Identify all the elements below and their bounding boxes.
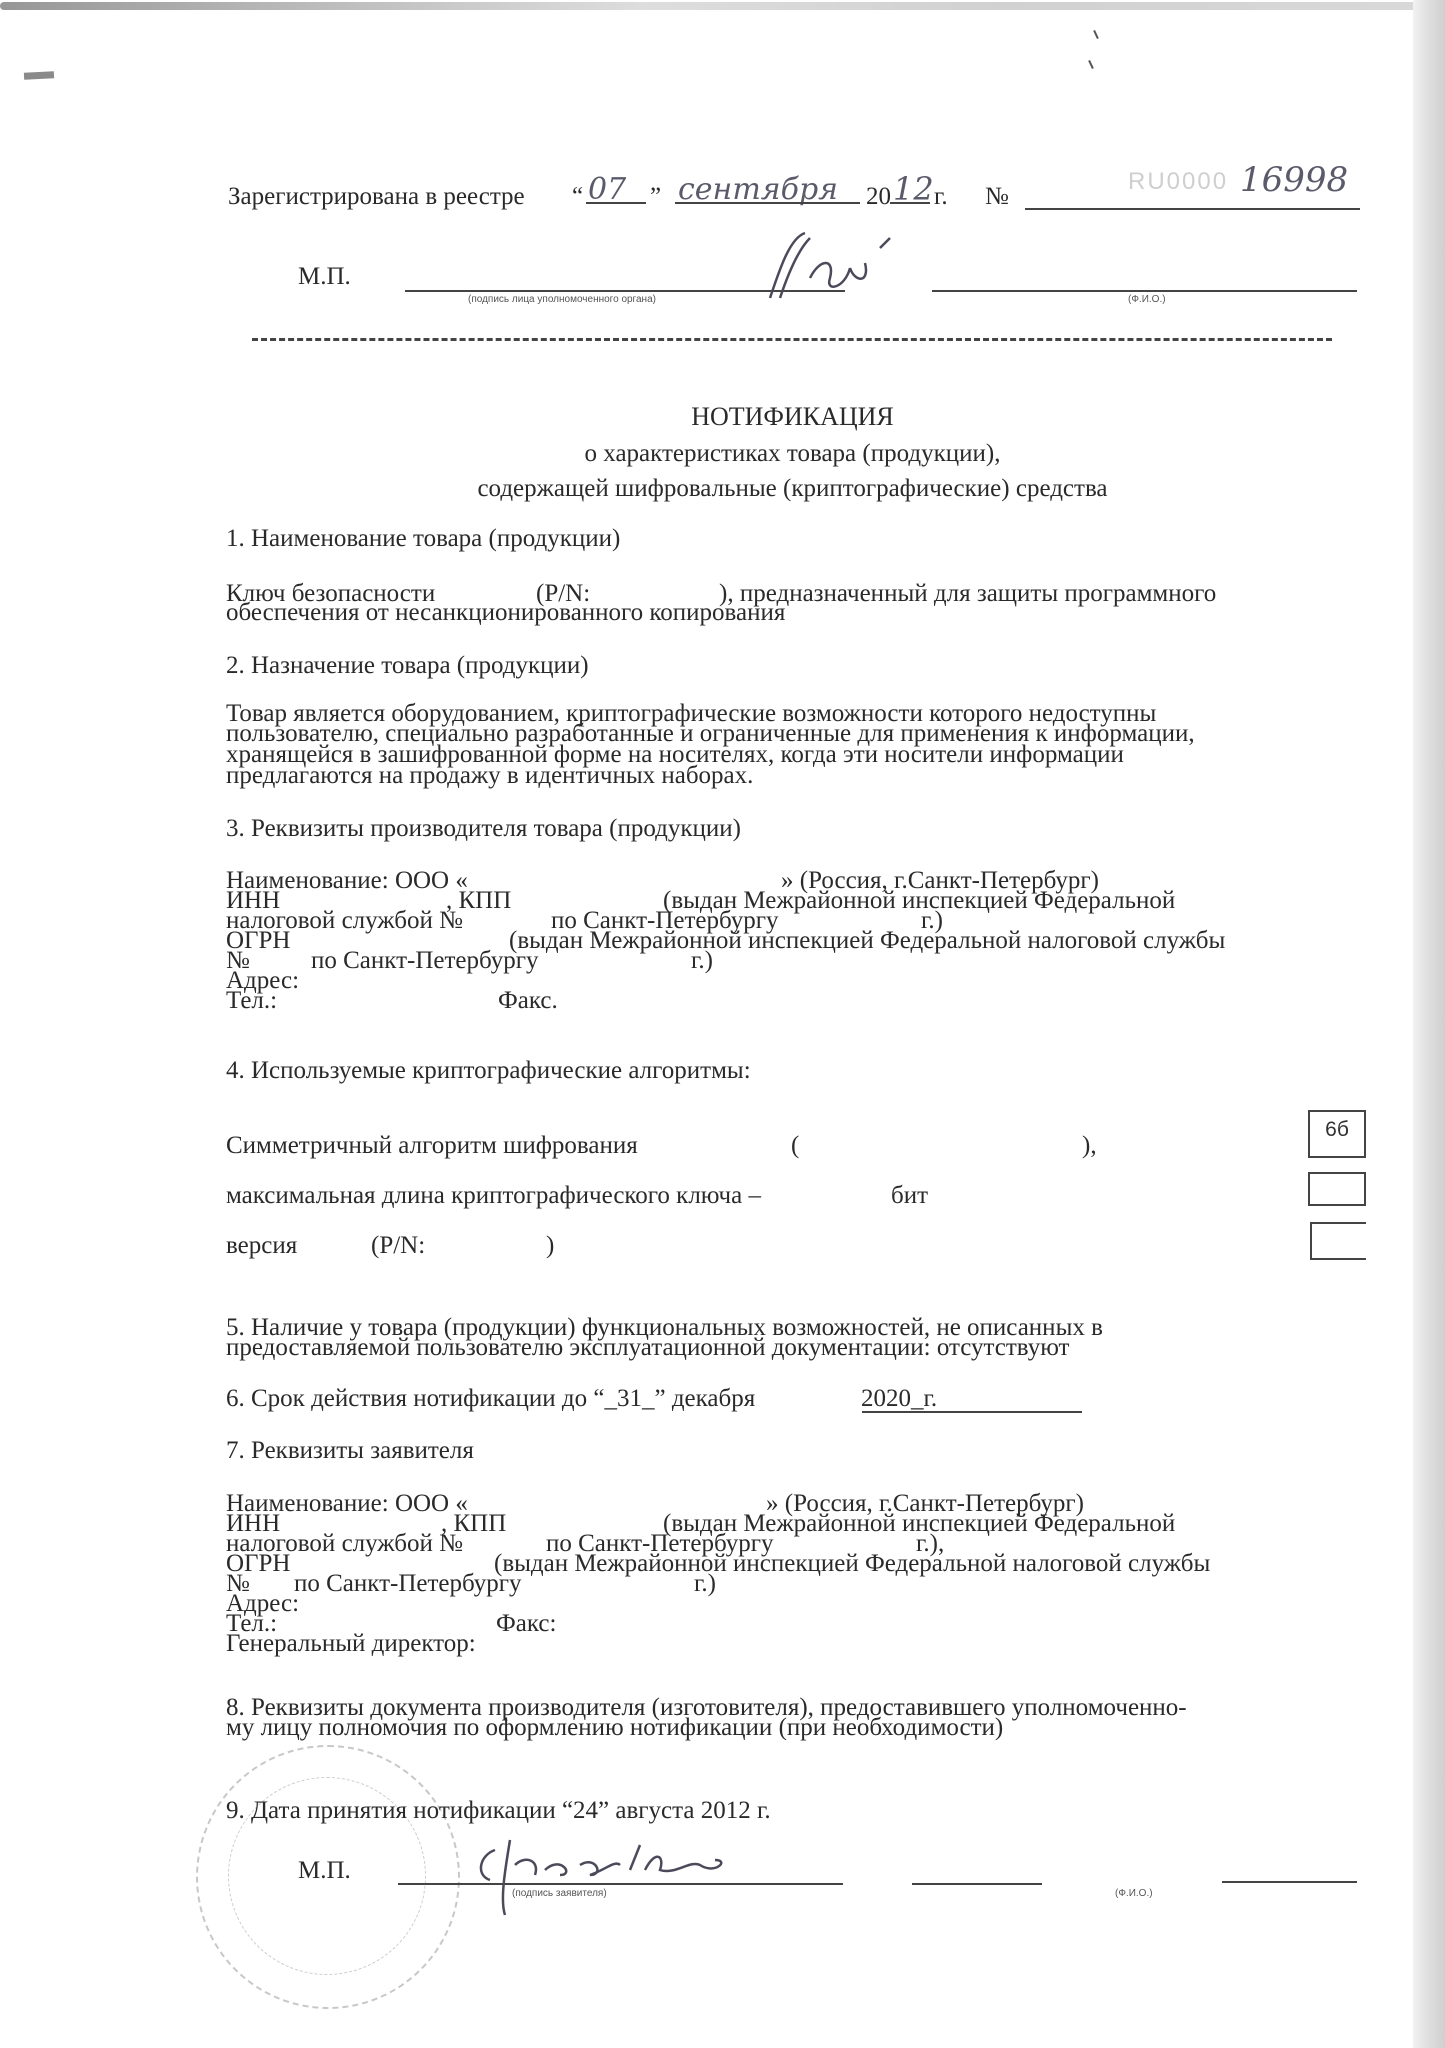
applicant-fio-line-1 (912, 1883, 1042, 1885)
manufacturer-tel: Тел.: (226, 987, 277, 1014)
classification-box (1308, 1172, 1366, 1206)
authority-fio-caption: (Ф.И.О.) (1128, 294, 1166, 305)
section-7-heading: 7. Реквизиты заявителя (226, 1440, 1376, 1462)
applicant-signature-caption: (подпись заявителя) (512, 1888, 607, 1899)
manufacturer-ogrn-issued: (выдан Межрайонной инспекцией Федерально… (509, 930, 1225, 952)
scan-tick-artifact (1088, 60, 1094, 69)
section-2-line: предлагаются на продажу в идентичных наб… (226, 765, 1376, 787)
applicant-fio-line-2 (1222, 1881, 1357, 1883)
scan-mark-artifact (24, 71, 54, 80)
section-1-heading: 1. Наименование товара (продукции) (226, 528, 1376, 550)
validity-underline (862, 1411, 1082, 1413)
applicant-address: Адрес: (226, 1593, 1376, 1615)
year-prefix: 20 (866, 183, 891, 211)
document-subtitle-line2: содержащей шифровальные (криптографическ… (200, 475, 1385, 503)
applicant-year-2: г.) (694, 1573, 716, 1595)
applicant-director: Генеральный директор: (226, 1633, 1376, 1655)
scan-edge-artifact (0, 2, 1430, 10)
applicant-signature (465, 1830, 825, 1920)
registry-number-handwritten: 16998 (1240, 160, 1348, 200)
symmetric-algorithm-close: ), (1082, 1135, 1097, 1157)
cut-line-divider (252, 338, 1332, 341)
classification-box (1310, 1222, 1366, 1260)
version-pn-label: (P/N: (371, 1235, 425, 1257)
section-5-line: предоставляемой пользователю эксплуатаци… (226, 1337, 1376, 1359)
registry-number-stamp: RU0000 (1128, 168, 1228, 196)
applicant-fio-caption: (Ф.И.О.) (1115, 1888, 1153, 1899)
authority-fio-line (932, 290, 1357, 292)
document-title: НОТИФИКАЦИЯ (200, 403, 1385, 431)
applicant-fax: Факс: (496, 1613, 556, 1635)
month-underline (675, 202, 860, 204)
section-4-heading: 4. Используемые криптографические алгори… (226, 1060, 1376, 1082)
number-label: № (985, 183, 1009, 211)
day-underline (586, 202, 646, 204)
section-6: 6. Срок действия нотификации до “_31_” д… (226, 1388, 1376, 1410)
quote-close: ” (650, 183, 661, 211)
key-length-label: максимальная длина криптографического кл… (226, 1182, 761, 1209)
year-unit: г. (934, 183, 948, 211)
symmetric-algorithm-open: ( (791, 1135, 799, 1157)
section-1-text-line2: обеспечения от несанкционированного копи… (226, 602, 1376, 624)
symmetric-algorithm-label: Симметричный алгоритм шифрования (226, 1132, 638, 1159)
section-9-date: 9. Дата принятия нотификации “24” август… (226, 1800, 1376, 1822)
year-underline (890, 202, 930, 204)
registration-label: Зарегистрирована в реестре (228, 183, 525, 211)
mp-label-bottom: М.П. (298, 1857, 351, 1885)
manufacturer-address: Адрес: (226, 970, 1376, 992)
key-length-unit: бит (891, 1185, 928, 1207)
quote-open: “ (572, 183, 583, 211)
manufacturer-year-2: г.) (691, 950, 713, 972)
version-label: версия (226, 1232, 297, 1259)
number-underline (1025, 208, 1360, 210)
section-2-heading: 2. Назначение товара (продукции) (226, 655, 1376, 677)
validity-year: 2020_г. (861, 1388, 937, 1410)
section-3-heading: 3. Реквизиты производителя товара (проду… (226, 818, 1376, 840)
authority-signature-caption: (подпись лица уполномоченного органа) (468, 294, 656, 305)
mp-label-top: М.П. (298, 263, 351, 291)
section-8-line: му лицу полномочия по оформлению нотифик… (226, 1717, 1376, 1739)
manufacturer-fax: Факс. (498, 990, 558, 1012)
authority-signature (750, 228, 910, 308)
scan-right-edge (1413, 0, 1445, 2048)
applicant-ogrn-issued: (выдан Межрайонной инспекцией Федерально… (494, 1553, 1210, 1575)
document-subtitle-line1: о характеристиках товара (продукции), (200, 440, 1385, 468)
version-close: ) (546, 1235, 554, 1257)
classification-box: 6б (1308, 1110, 1366, 1158)
scan-tick-artifact (1093, 30, 1099, 39)
validity-period-text: 6. Срок действия нотификации до “_31_” д… (226, 1385, 755, 1412)
manufacturer-city-2: по Санкт-Петербургу (311, 950, 539, 972)
applicant-city-2: по Санкт-Петербургу (294, 1573, 522, 1595)
